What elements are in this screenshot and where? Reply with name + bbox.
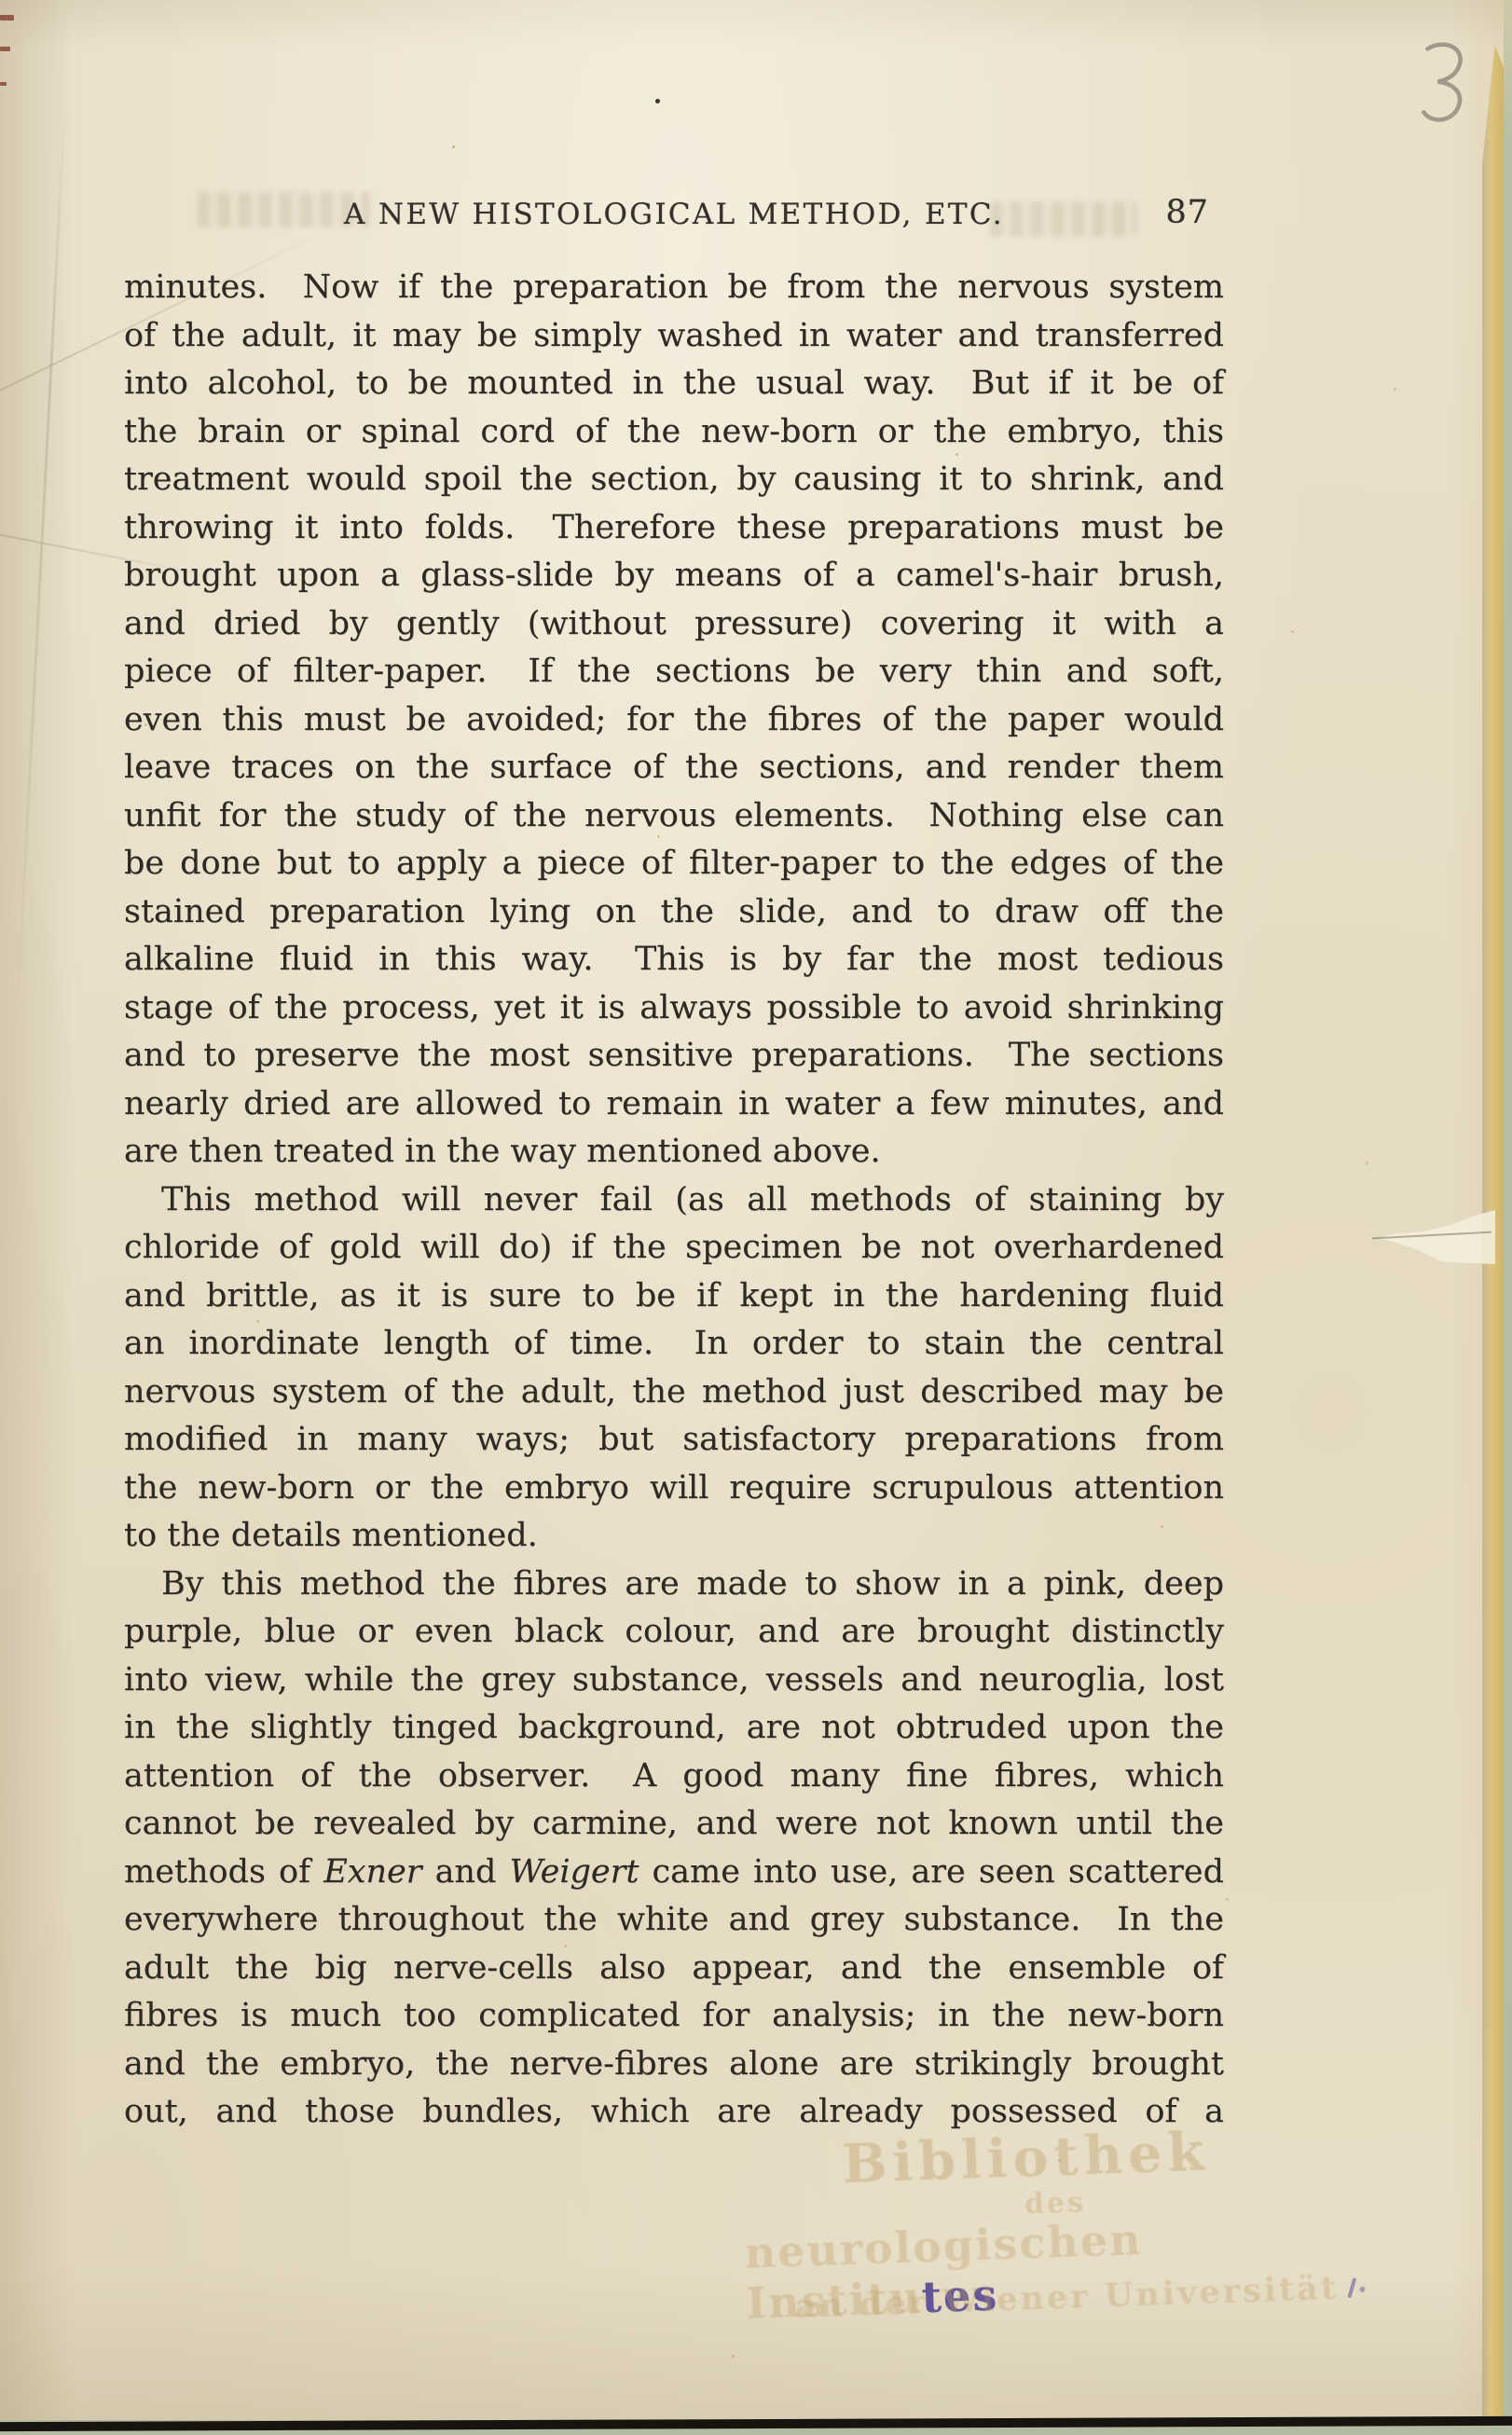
page-body-text: minutes. Now if the preparation be from …	[124, 264, 1224, 2137]
text-line: purple, blue or even black colour, and a…	[124, 1608, 1224, 1657]
page-title: A NEW HISTOLOGICAL METHOD, ETC.	[124, 198, 1224, 231]
text-line: even this must be avoided; for the fibre…	[124, 696, 1224, 745]
page-number: 87	[1165, 194, 1209, 231]
text-line: and brittle, as it is sure to be if kept…	[124, 1273, 1224, 1321]
text-line: everywhere throughout the white and grey…	[124, 1896, 1224, 1945]
paper-specks	[452, 145, 455, 148]
text-line: This method will never fail (as all meth…	[124, 1176, 1224, 1225]
text-line: methods of Exner and Weigert came into u…	[124, 1849, 1224, 1897]
ink-speck	[655, 99, 660, 103]
text-line: adult the big nerve-cells also appear, a…	[124, 1945, 1224, 1993]
text-line: stained preparation lying on the slide, …	[124, 888, 1224, 937]
text-line: to the details mentioned.	[124, 1512, 1224, 1561]
handwritten-page-annotation	[1413, 39, 1471, 132]
text-line: the brain or spinal cord of the new-born…	[124, 408, 1224, 457]
text-line: unfit for the study of the nervous eleme…	[124, 792, 1224, 841]
text-line: attention of the observer. A good many f…	[124, 1753, 1224, 1801]
paragraph: This method will never fail (as all meth…	[124, 1176, 1224, 1561]
text-line: and to preserve the most sensitive prepa…	[124, 1032, 1224, 1080]
text-line: fibres is much too complicated for analy…	[124, 1992, 1224, 2041]
text-line: minutes. Now if the preparation be from …	[124, 264, 1224, 312]
text-line: leave traces on the surface of the secti…	[124, 744, 1224, 792]
purple-ink-dot	[1359, 2287, 1365, 2292]
text-line: By this method the fibres are made to sh…	[124, 1561, 1224, 1609]
text-line: modified in many ways; but satisfactory …	[124, 1416, 1224, 1465]
text-line: an inordinate length of time. In order t…	[124, 1320, 1224, 1369]
scanner-background-strip	[1504, 0, 1512, 2435]
text-line: cannot be revealed by carmine, and were …	[124, 1800, 1224, 1849]
text-line: alkaline fluid in this way. This is by f…	[124, 936, 1224, 984]
text-line: piece of filter-paper. If the sections b…	[124, 648, 1224, 696]
stamp-line-bibliothek: Bibliothek	[841, 2120, 1211, 2195]
text-line: into view, while the grey substance, ves…	[124, 1657, 1224, 1705]
text-line: throwing it into folds. Therefore these …	[124, 504, 1224, 553]
edge-mark	[0, 82, 7, 86]
text-line: into alcohol, to be mounted in the usual…	[124, 360, 1224, 408]
text-line: nervous system of the adult, the method …	[124, 1369, 1224, 1417]
paragraph: minutes. Now if the preparation be from …	[124, 264, 1224, 1176]
text-line: stage of the process, yet it is always p…	[124, 984, 1224, 1033]
edge-mark	[0, 15, 14, 21]
text-line: are then treated in the way mentioned ab…	[124, 1128, 1224, 1176]
paper-crease	[15, 113, 65, 1025]
text-line: of the adult, it may be simply washed in…	[124, 312, 1224, 361]
text-line: chloride of gold will do) if the specime…	[124, 1224, 1224, 1273]
text-line: be done but to apply a piece of filter-p…	[124, 840, 1224, 888]
library-stamp: Bibliothek des neurologischen Institutes…	[722, 2101, 1400, 2358]
paragraph: By this method the fibres are made to sh…	[124, 1561, 1224, 2137]
text-line: and dried by gently (without pressure) c…	[124, 600, 1224, 649]
edge-mark	[0, 47, 10, 51]
text-line: in the slightly tinged background, are n…	[124, 1704, 1224, 1753]
text-line: nearly dried are allowed to remain in wa…	[124, 1080, 1224, 1129]
purple-ink-mark	[1347, 2277, 1356, 2298]
running-head: A NEW HISTOLOGICAL METHOD, ETC. 87	[124, 198, 1224, 239]
text-line: the new-born or the embryo will require …	[124, 1465, 1224, 1513]
text-line: and the embryo, the nerve-fibres alone a…	[124, 2041, 1224, 2089]
text-line: brought upon a glass-slide by means of a…	[124, 552, 1224, 600]
pencil-numeral-3	[1413, 39, 1471, 129]
scanned-book-page: A NEW HISTOLOGICAL METHOD, ETC. 87 minut…	[0, 0, 1512, 2435]
text-line: treatment would spoil the section, by ca…	[124, 456, 1224, 504]
